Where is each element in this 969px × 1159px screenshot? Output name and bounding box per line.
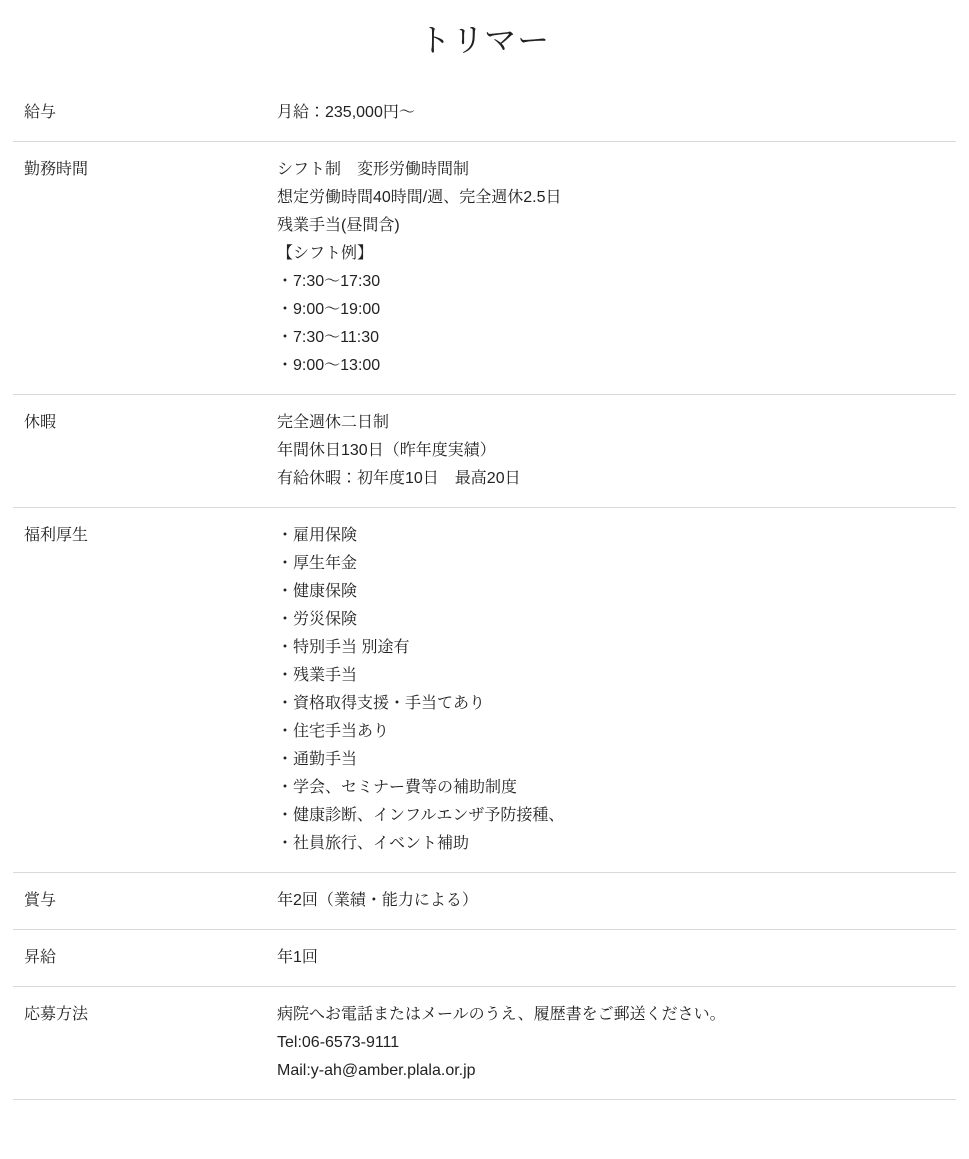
row-label: 勤務時間 — [13, 156, 277, 184]
value-line: ・健康診断、インフルエンザ予防接種、 — [277, 802, 956, 830]
value-line: ・資格取得支援・手当てあり — [277, 690, 956, 718]
row-label: 福利厚生 — [13, 522, 277, 550]
table-row: 昇給 年1回 — [13, 930, 956, 987]
table-row: 休暇 完全週休二日制年間休日130日（昨年度実績）有給休暇：初年度10日 最高2… — [13, 395, 956, 508]
value-line: ・特別手当 別途有 — [277, 634, 956, 662]
row-value: ・雇用保険・厚生年金・健康保険・労災保険・特別手当 別途有・残業手当・資格取得支… — [277, 522, 956, 858]
value-line: ・7:30〜17:30 — [277, 268, 956, 296]
value-line: ・9:00〜19:00 — [277, 296, 956, 324]
row-label: 給与 — [13, 99, 277, 127]
value-line: ・社員旅行、イベント補助 — [277, 830, 956, 858]
value-line: ・労災保険 — [277, 606, 956, 634]
row-value: 月給：235,000円〜 — [277, 99, 956, 127]
row-value: 完全週休二日制年間休日130日（昨年度実績）有給休暇：初年度10日 最高20日 — [277, 409, 956, 493]
value-line: Tel:06-6573-9111 — [277, 1029, 956, 1057]
value-line: 病院へお電話またはメールのうえ、履歴書をご郵送ください。 — [277, 1001, 956, 1029]
row-label: 昇給 — [13, 944, 277, 972]
value-line: ・学会、セミナー費等の補助制度 — [277, 774, 956, 802]
row-value: シフト制 変形労働時間制想定労働時間40時間/週、完全週休2.5日残業手当(昼間… — [277, 156, 956, 380]
table-row: 勤務時間 シフト制 変形労働時間制想定労働時間40時間/週、完全週休2.5日残業… — [13, 142, 956, 395]
value-line: ・住宅手当あり — [277, 718, 956, 746]
row-label: 応募方法 — [13, 1001, 277, 1029]
job-detail-table: 給与 月給：235,000円〜 勤務時間 シフト制 変形労働時間制想定労働時間4… — [13, 85, 956, 1100]
table-row: 応募方法 病院へお電話またはメールのうえ、履歴書をご郵送ください。Tel:06-… — [13, 987, 956, 1100]
value-line: 【シフト例】 — [277, 240, 956, 268]
value-line: ・9:00〜13:00 — [277, 352, 956, 380]
row-value: 年1回 — [277, 944, 956, 972]
value-line: 月給：235,000円〜 — [277, 99, 956, 127]
table-row: 賞与 年2回（業績・能力による） — [13, 873, 956, 930]
value-line: Mail:y-ah@amber.plala.or.jp — [277, 1057, 956, 1085]
value-line: 年1回 — [277, 944, 956, 972]
value-line: ・厚生年金 — [277, 550, 956, 578]
value-line: 完全週休二日制 — [277, 409, 956, 437]
page-title: トリマー — [0, 21, 969, 59]
value-line: ・7:30〜11:30 — [277, 324, 956, 352]
job-detail-page: トリマー 給与 月給：235,000円〜 勤務時間 シフト制 変形労働時間制想定… — [0, 21, 969, 1100]
value-line: 想定労働時間40時間/週、完全週休2.5日 — [277, 184, 956, 212]
value-line: 年間休日130日（昨年度実績） — [277, 437, 956, 465]
table-row: 給与 月給：235,000円〜 — [13, 85, 956, 142]
value-line: ・健康保険 — [277, 578, 956, 606]
value-line: 有給休暇：初年度10日 最高20日 — [277, 465, 956, 493]
value-line: 年2回（業績・能力による） — [277, 887, 956, 915]
table-row: 福利厚生 ・雇用保険・厚生年金・健康保険・労災保険・特別手当 別途有・残業手当・… — [13, 508, 956, 873]
row-value: 病院へお電話またはメールのうえ、履歴書をご郵送ください。Tel:06-6573-… — [277, 1001, 956, 1085]
value-line: 残業手当(昼間含) — [277, 212, 956, 240]
value-line: ・雇用保険 — [277, 522, 956, 550]
value-line: シフト制 変形労働時間制 — [277, 156, 956, 184]
row-value: 年2回（業績・能力による） — [277, 887, 956, 915]
value-line: ・残業手当 — [277, 662, 956, 690]
row-label: 賞与 — [13, 887, 277, 915]
value-line: ・通勤手当 — [277, 746, 956, 774]
row-label: 休暇 — [13, 409, 277, 437]
